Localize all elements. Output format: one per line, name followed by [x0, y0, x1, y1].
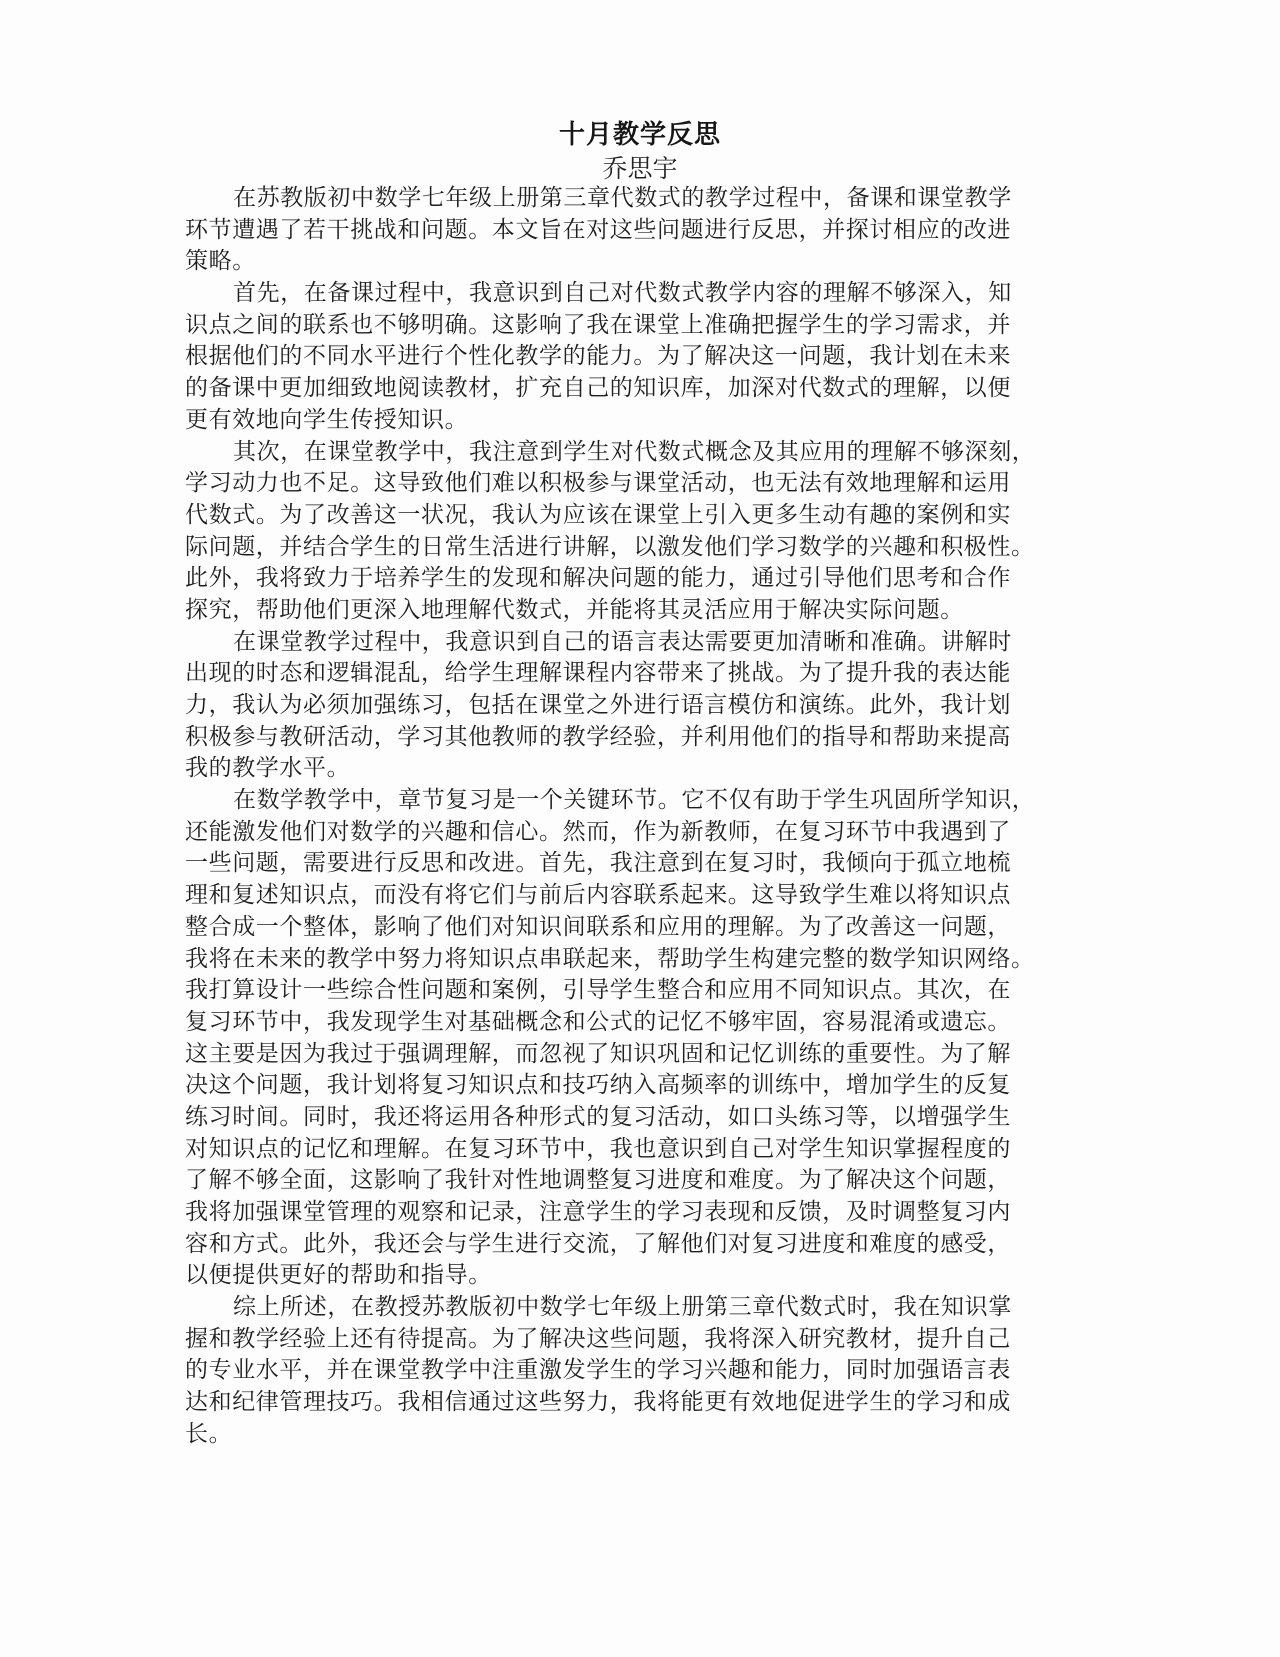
text-line: 我将加强课堂管理的观察和记录，注意学生的学习表现和反馈，及时调整复习内: [185, 1197, 1065, 1229]
text-line: 我打算设计一些综合性问题和案例，引导学生整合和应用不同知识点。其次，在: [185, 975, 1065, 1007]
document-author: 乔思宇: [0, 152, 1280, 186]
text-line: 环节遭遇了若干挑战和问题。本文旨在对这些问题进行反思，并探讨相应的改进: [185, 215, 1065, 247]
text-line: 还能激发他们对数学的兴趣和信心。然而，作为新教师，在复习环节中我遇到了: [185, 817, 1065, 849]
text-line: 理和复述知识点，而没有将它们与前后内容联系起来。这导致学生难以将知识点: [185, 880, 1065, 912]
paragraph: 综上所述，在教授苏教版初中数学七年级上册第三章代数式时，我在知识掌握和教学经验上…: [185, 1292, 1065, 1450]
paragraph: 在课堂教学过程中，我意识到自己的语言表达需要更加清晰和准确。讲解时出现的时态和逻…: [185, 627, 1065, 785]
text-line: 识点之间的联系也不够明确。这影响了我在课堂上准确把握学生的学习需求，并: [185, 310, 1065, 342]
text-line: 我将在未来的教学中努力将知识点串联起来，帮助学生构建完整的数学知识网络。: [185, 944, 1065, 976]
paragraph: 其次，在课堂教学中，我注意到学生对代数式概念及其应用的理解不够深刻，学习动力也不…: [185, 437, 1065, 627]
text-line: 策略。: [185, 246, 1065, 278]
paragraph: 在苏教版初中数学七年级上册第三章代数式的教学过程中，备课和课堂教学环节遭遇了若干…: [185, 183, 1065, 278]
text-line: 的备课中更加细致地阅读教材，扩充自己的知识库，加深对代数式的理解，以便: [185, 373, 1065, 405]
text-line: 综上所述，在教授苏教版初中数学七年级上册第三章代数式时，我在知识掌: [185, 1292, 1065, 1324]
paragraph: 首先，在备课过程中，我意识到自己对代数式教学内容的理解不够深入，知识点之间的联系…: [185, 278, 1065, 436]
text-line: 容和方式。此外，我还会与学生进行交流，了解他们对复习进度和难度的感受，: [185, 1229, 1065, 1261]
text-line: 复习环节中，我发现学生对基础概念和公式的记忆不够牢固，容易混淆或遗忘。: [185, 1007, 1065, 1039]
text-line: 代数式。为了改善这一状况，我认为应该在课堂上引入更多生动有趣的案例和实: [185, 500, 1065, 532]
text-line: 其次，在课堂教学中，我注意到学生对代数式概念及其应用的理解不够深刻，: [185, 437, 1065, 469]
text-line: 了解不够全面，这影响了我针对性地调整复习进度和难度。为了解决这个问题，: [185, 1165, 1065, 1197]
text-line: 根据他们的不同水平进行个性化教学的能力。为了解决这一问题，我计划在未来: [185, 341, 1065, 373]
text-line: 学习动力也不足。这导致他们难以积极参与课堂活动，也无法有效地理解和运用: [185, 468, 1065, 500]
paragraph: 在数学教学中，章节复习是一个关键环节。它不仅有助于学生巩固所学知识，还能激发他们…: [185, 785, 1065, 1292]
text-line: 的专业水平，并在课堂教学中注重激发学生的学习兴趣和能力，同时加强语言表: [185, 1355, 1065, 1387]
text-line: 在课堂教学过程中，我意识到自己的语言表达需要更加清晰和准确。讲解时: [185, 627, 1065, 659]
text-line: 决这个问题，我计划将复习知识点和技巧纳入高频率的训练中，增加学生的反复: [185, 1070, 1065, 1102]
text-line: 际问题，并结合学生的日常生活进行讲解，以激发他们学习数学的兴趣和积极性。: [185, 532, 1065, 564]
text-line: 我的教学水平。: [185, 753, 1065, 785]
text-line: 整合成一个整体，影响了他们对知识间联系和应用的理解。为了改善这一问题，: [185, 912, 1065, 944]
text-line: 在苏教版初中数学七年级上册第三章代数式的教学过程中，备课和课堂教学: [185, 183, 1065, 215]
text-line: 以便提供更好的帮助和指导。: [185, 1260, 1065, 1292]
text-line: 握和教学经验上还有待提高。为了解决这些问题，我将深入研究教材，提升自己: [185, 1324, 1065, 1356]
text-line: 对知识点的记忆和理解。在复习环节中，我也意识到自己对学生知识掌握程度的: [185, 1134, 1065, 1166]
text-line: 积极参与教研活动，学习其他教师的教学经验，并利用他们的指导和帮助来提高: [185, 722, 1065, 754]
text-line: 此外，我将致力于培养学生的发现和解决问题的能力，通过引导他们思考和合作: [185, 563, 1065, 595]
text-line: 长。: [185, 1419, 1065, 1451]
document-title: 十月教学反思: [0, 118, 1280, 152]
document-page: 十月教学反思 乔思宇 在苏教版初中数学七年级上册第三章代数式的教学过程中，备课和…: [0, 0, 1280, 1657]
text-line: 更有效地向学生传授知识。: [185, 405, 1065, 437]
text-line: 探究，帮助他们更深入地理解代数式，并能将其灵活应用于解决实际问题。: [185, 595, 1065, 627]
text-line: 首先，在备课过程中，我意识到自己对代数式教学内容的理解不够深入，知: [185, 278, 1065, 310]
text-line: 力，我认为必须加强练习，包括在课堂之外进行语言模仿和演练。此外，我计划: [185, 690, 1065, 722]
document-body: 在苏教版初中数学七年级上册第三章代数式的教学过程中，备课和课堂教学环节遭遇了若干…: [185, 183, 1065, 1451]
text-line: 达和纪律管理技巧。我相信通过这些努力，我将能更有效地促进学生的学习和成: [185, 1387, 1065, 1419]
text-line: 出现的时态和逻辑混乱，给学生理解课程内容带来了挑战。为了提升我的表达能: [185, 658, 1065, 690]
text-line: 在数学教学中，章节复习是一个关键环节。它不仅有助于学生巩固所学知识，: [185, 785, 1065, 817]
text-line: 一些问题，需要进行反思和改进。首先，我注意到在复习时，我倾向于孤立地梳: [185, 848, 1065, 880]
text-line: 这主要是因为我过于强调理解，而忽视了知识巩固和记忆训练的重要性。为了解: [185, 1039, 1065, 1071]
text-line: 练习时间。同时，我还将运用各种形式的复习活动，如口头练习等，以增强学生: [185, 1102, 1065, 1134]
